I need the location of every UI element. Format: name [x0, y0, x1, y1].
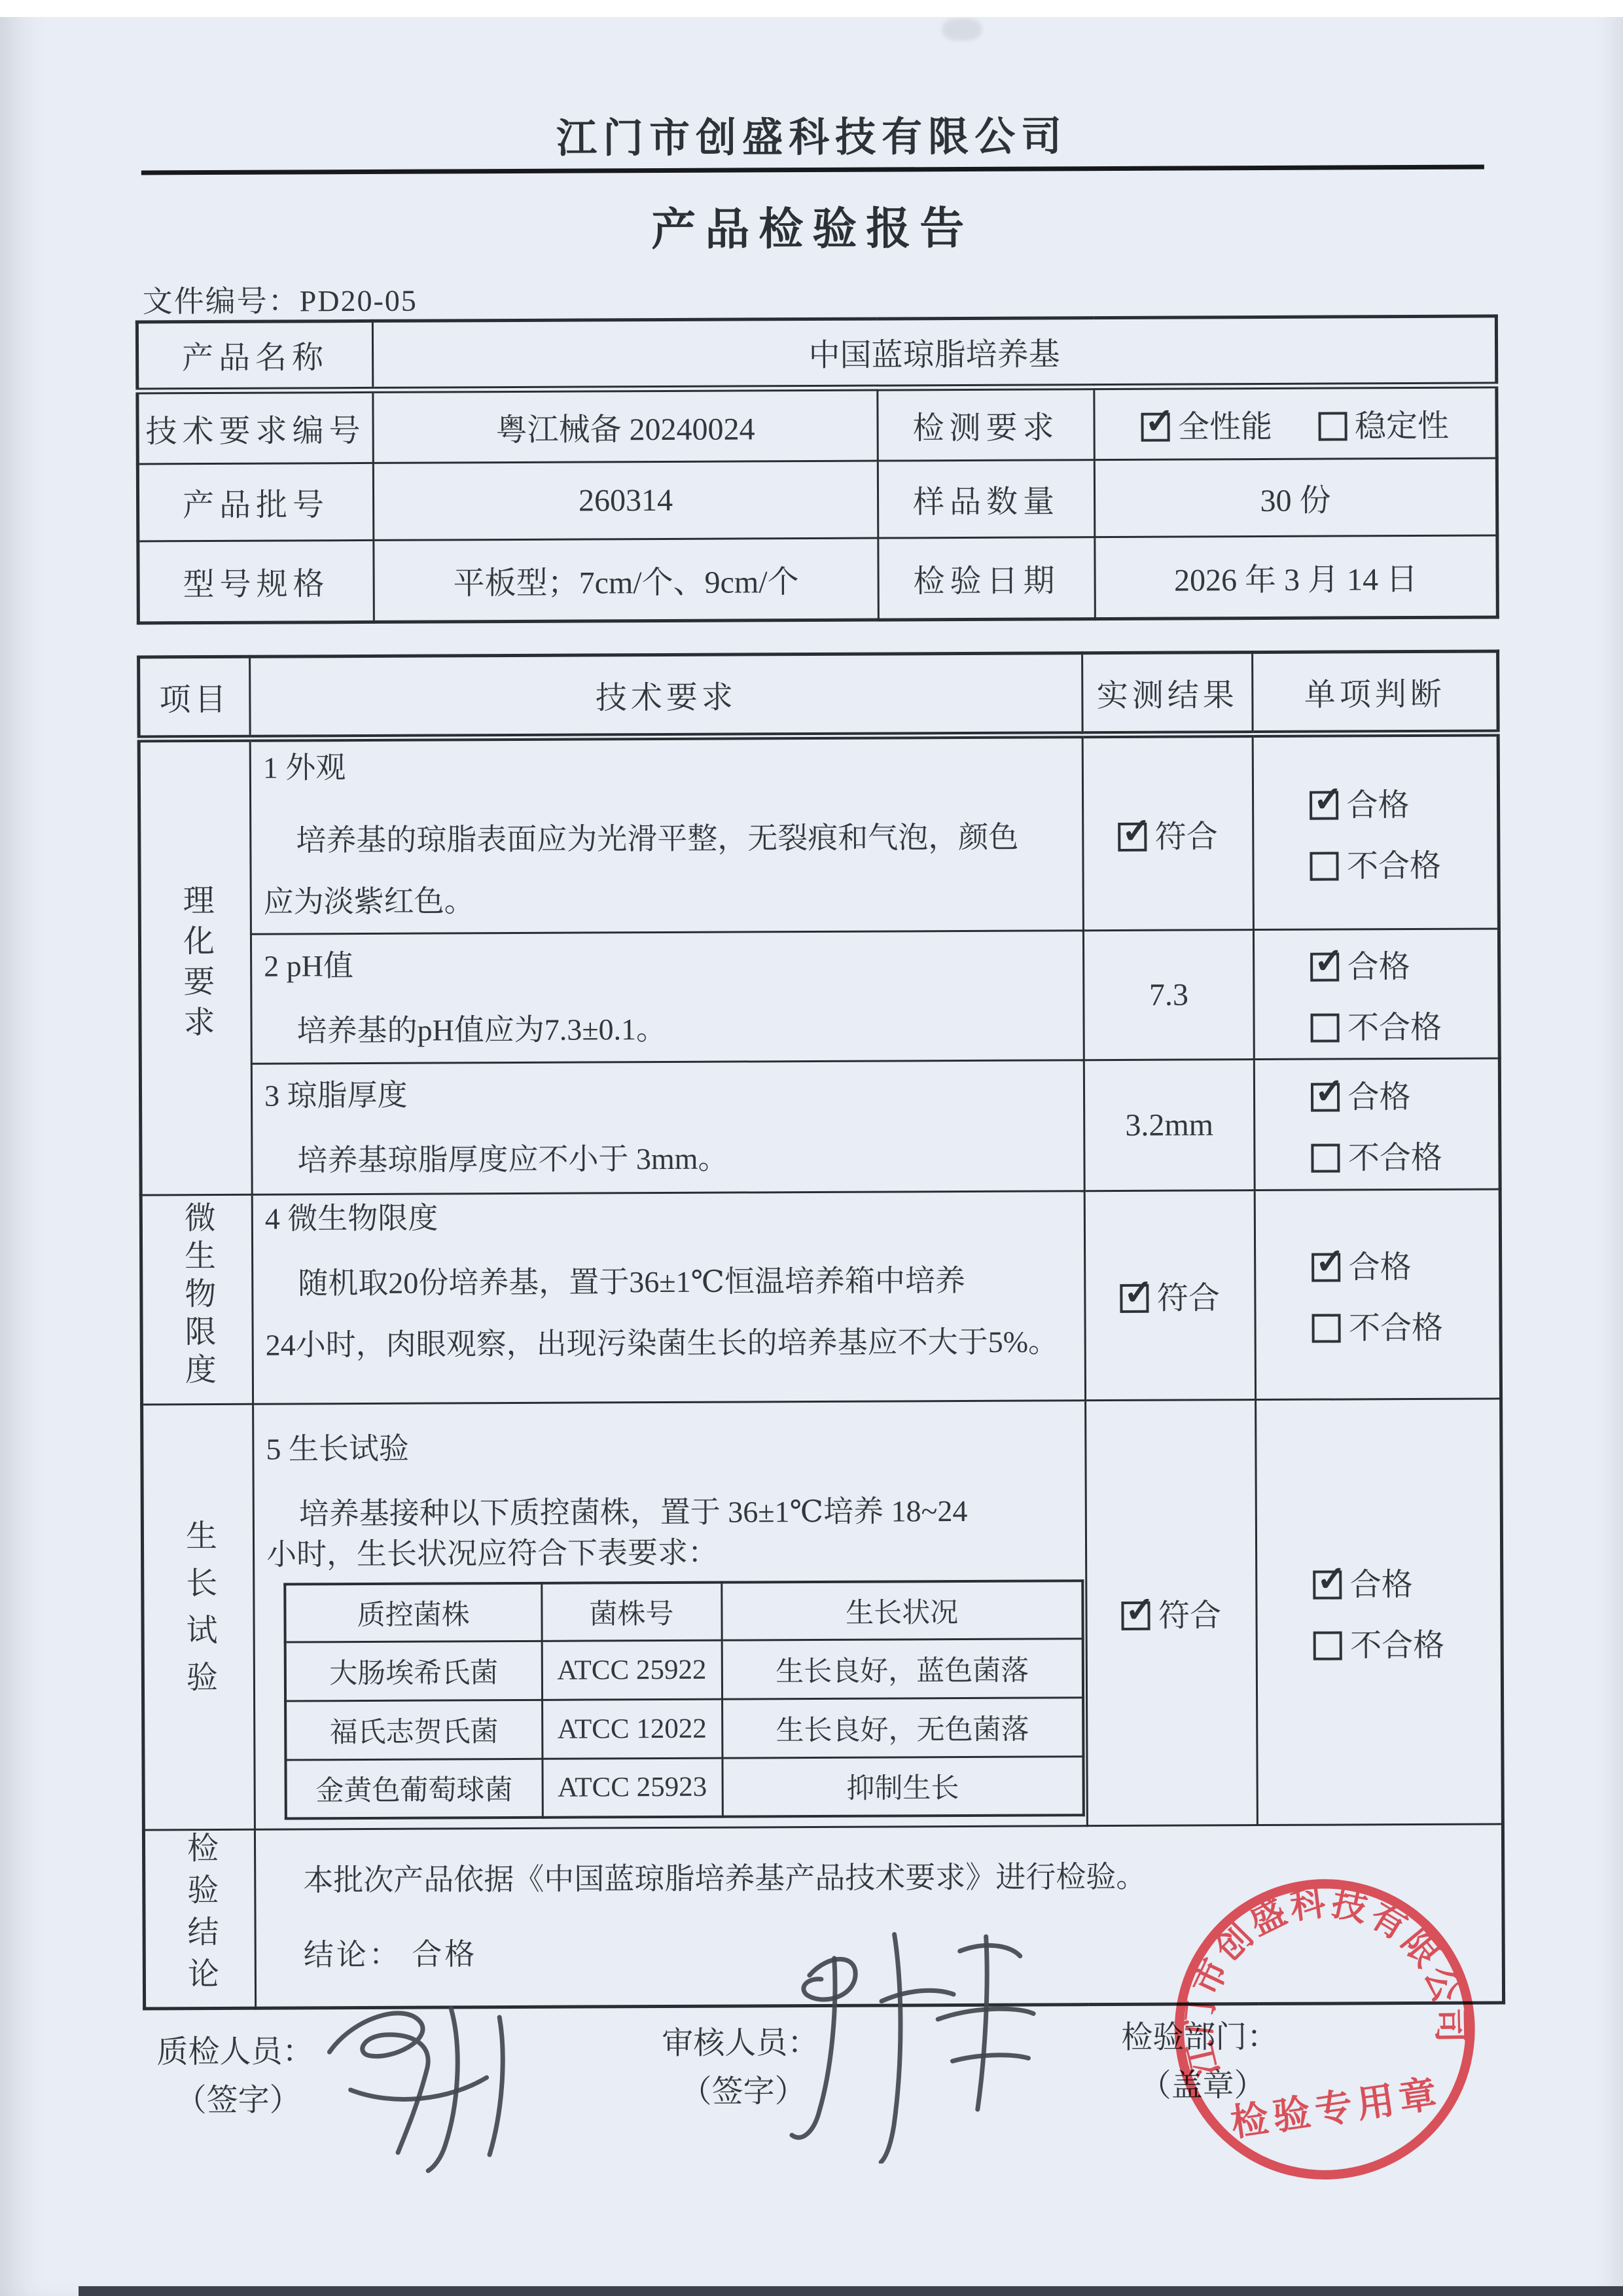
checkbox-checked: ✓ [1141, 412, 1170, 441]
date-label: 检验日期 [878, 537, 1096, 620]
sample-qty-value: 30 份 [1094, 458, 1497, 537]
growth-strain-table: 质控菌株 菌株号 生长状况 大肠埃希氏菌 ATCC 25922 生长良好，蓝色菌… [283, 1579, 1085, 1820]
col-header-item: 项目 [139, 656, 251, 739]
growth-requirement: 5 生长试验 培养基接种以下质控菌株，置于 36±1℃培养 18~24 小时，生… [253, 1401, 1088, 1830]
table-row: 金黄色葡萄球菌 ATCC 25923 抑制生长 [285, 1756, 1083, 1818]
ph-judgment: ✓合格 不合格 [1253, 929, 1499, 1060]
col-header-requirement: 技术要求 [250, 653, 1083, 739]
batch-label: 产品批号 [137, 463, 374, 541]
product-info-table: 产品名称 中国蓝琼脂培养基 技术要求编号 粤江械备 20240024 检测要求 … [135, 314, 1499, 624]
checkbox-unchecked [1311, 1143, 1340, 1172]
option-stability: 稳定性 [1318, 401, 1449, 446]
micro-requirement: 4 微生物限度 随机取20份培养基，置于36±1℃恒温培养箱中培养 24小时，肉… [252, 1191, 1085, 1405]
checkbox-checked: ✓ [1313, 1570, 1342, 1599]
strain-name: 福氏志贺氏菌 [285, 1700, 542, 1760]
qc-signoff: 质检人员： （签字） [156, 2036, 314, 2117]
checkbox-checked: ✓ [1312, 1253, 1341, 1282]
test-req-label: 检测要求 [878, 387, 1094, 461]
strain-no: ATCC 12022 [542, 1699, 722, 1759]
table-row: 型号规格 平板型；7cm/个、9cm/个 检验日期 2026 年 3 月 14 … [138, 535, 1498, 623]
strain-no: ATCC 25922 [542, 1640, 722, 1700]
ph-result: 7.3 [1083, 930, 1254, 1060]
inspection-stamp: 江门市创盛科技有限公司 检验专用章 [1162, 1867, 1488, 2193]
judgment-pass: ✓合格 [1311, 1071, 1410, 1117]
check-mark-icon: ✓ [1313, 781, 1342, 817]
checkbox-checked: ✓ [1311, 952, 1340, 981]
checkbox-checked: ✓ [1122, 1602, 1150, 1630]
product-name-value: 中国蓝琼脂培养基 [372, 316, 1496, 389]
option-full-performance: ✓全性能 [1141, 401, 1272, 447]
stamp-inner-text: 检验专用章 [1228, 2073, 1444, 2145]
header-row: 质控菌株 菌株号 生长状况 [285, 1581, 1082, 1641]
check-mark-icon: ✓ [1317, 1561, 1346, 1596]
qc-label: 质检人员： [156, 2036, 313, 2068]
agar-judgment: ✓合格 不合格 [1254, 1058, 1500, 1191]
table-row: 技术要求编号 粤江械备 20240024 检测要求 ✓全性能 稳定性 [137, 385, 1497, 464]
strain-name: 大肠埃希氏菌 [285, 1641, 542, 1701]
reviewer-signature [766, 1914, 1043, 2164]
row-micro-limit: 微生物限度 4 微生物限度 随机取20份培养基，置于36±1℃恒温培养箱中培养 … [141, 1189, 1501, 1405]
judgment-fail: 不合格 [1313, 1619, 1444, 1665]
checkbox-unchecked [1318, 412, 1347, 440]
checkbox-unchecked [1313, 1631, 1342, 1660]
appearance-judgment: ✓合格 不合格 [1253, 733, 1499, 930]
growth-result: ✓符合 [1086, 1400, 1258, 1826]
report-page: 江门市创盛科技有限公司 产品检验报告 文件编号：PD20-05 产品名称 中国蓝… [0, 0, 1623, 2296]
checkbox-unchecked [1310, 852, 1339, 880]
check-mark-icon: ✓ [1315, 1244, 1345, 1279]
judgment-fail: 不合格 [1311, 1001, 1442, 1047]
strain-name: 金黄色葡萄球菌 [285, 1759, 542, 1819]
check-mark-icon: ✓ [1145, 403, 1174, 439]
check-mark-icon: ✓ [1314, 943, 1344, 978]
col-header-result: 实测结果 [1082, 653, 1253, 735]
agar-requirement: 3 琼脂厚度 培养基琼脂厚度应不小于 3mm。 [251, 1060, 1084, 1195]
check-mark-icon: ✓ [1124, 1275, 1153, 1310]
judgment-pass: ✓合格 [1313, 1559, 1413, 1605]
table-row: 产品批号 260314 样品数量 30 份 [137, 458, 1497, 541]
check-mark-icon: ✓ [1314, 1073, 1344, 1109]
date-value: 2026 年 3 月 14 日 [1095, 535, 1498, 619]
judgment-pass: ✓合格 [1312, 1242, 1412, 1287]
judgment-fail: 不合格 [1312, 1302, 1443, 1348]
scan-edge-top [0, 0, 1623, 17]
stamp-company-arc-text: 江门市创盛科技有限公司 [1162, 1867, 1474, 2087]
judgment-pass: ✓合格 [1311, 941, 1410, 987]
group-growth: 生长试验 [142, 1404, 255, 1830]
checkbox-checked: ✓ [1120, 1284, 1149, 1313]
appearance-requirement: 1 外观 培养基的琼脂表面应为光滑平整，无裂痕和气泡，颜色 应为淡紫红色。 [250, 735, 1083, 935]
qc-sub-label: （签字） [157, 2085, 314, 2117]
col-header-judgment: 单项判断 [1253, 651, 1499, 734]
tech-req-no-value: 粤江械备 20240024 [373, 387, 878, 463]
header-row: 项目 技术要求 实测结果 单项判断 [139, 651, 1499, 739]
doc-number: 文件编号：PD20-05 [143, 277, 418, 321]
table-row: 产品名称 中国蓝琼脂培养基 [137, 316, 1496, 391]
strain-col-header: 质控菌株 [285, 1583, 541, 1642]
micro-judgment: ✓合格 不合格 [1255, 1189, 1501, 1400]
row-growth-test: 生长试验 5 生长试验 培养基接种以下质控菌株，置于 36±1℃培养 18~24… [142, 1399, 1503, 1830]
company-name: 江门市创盛科技有限公司 [0, 101, 1623, 167]
row-ph: 2 pH值 培养基的pH值应为7.3±0.1。 7.3 ✓合格 不合格 [139, 929, 1499, 1064]
ph-requirement: 2 pH值 培养基的pH值应为7.3±0.1。 [251, 931, 1084, 1064]
agar-result: 3.2mm [1084, 1060, 1255, 1191]
header-rule [141, 165, 1484, 175]
test-req-options: ✓全性能 稳定性 [1094, 385, 1497, 460]
growth-status: 生长良好，无色菌落 [722, 1697, 1083, 1757]
batch-value: 260314 [373, 461, 878, 540]
scan-edge-bottom [79, 2286, 1623, 2296]
judgment-fail: 不合格 [1311, 1132, 1442, 1177]
qc-signature [315, 1991, 538, 2175]
model-value: 平板型；7cm/个、9cm/个 [374, 538, 879, 622]
judgment-pass: ✓合格 [1310, 780, 1409, 825]
checkbox-checked: ✓ [1310, 791, 1339, 819]
table-row: 大肠埃希氏菌 ATCC 25922 生长良好，蓝色菌落 [285, 1638, 1083, 1700]
report-title: 产品检验报告 [1, 190, 1623, 261]
group-physchem: 理化要求 [139, 738, 252, 1195]
group-conclusion: 检验结论 [143, 1829, 255, 2009]
check-mark-icon: ✓ [1125, 1592, 1154, 1628]
model-label: 型号规格 [138, 540, 374, 623]
svg-text:江门市创盛科技有限公司: 江门市创盛科技有限公司 [1162, 1867, 1474, 2087]
check-mark-icon: ✓ [1122, 813, 1151, 848]
inspection-table: 项目 技术要求 实测结果 单项判断 理化要求 1 外观 培养基的琼脂表面应为光滑… [137, 649, 1505, 2010]
growth-judgment: ✓合格 不合格 [1256, 1399, 1503, 1825]
tech-req-no-label: 技术要求编号 [137, 389, 373, 464]
micro-result: ✓符合 [1084, 1191, 1255, 1401]
doc-number-label: 文件编号： [143, 284, 300, 318]
row-appearance: 理化要求 1 外观 培养基的琼脂表面应为光滑平整，无裂痕和气泡，颜色 应为淡紫红… [139, 733, 1499, 935]
checkbox-unchecked [1311, 1013, 1340, 1042]
group-micro: 微生物限度 [141, 1194, 253, 1405]
checkbox-checked: ✓ [1311, 1083, 1340, 1111]
growth-status: 生长良好，蓝色菌落 [722, 1638, 1083, 1698]
growth-status-col-header: 生长状况 [721, 1581, 1082, 1640]
checkbox-unchecked [1312, 1314, 1341, 1342]
strain-no: ATCC 25923 [542, 1758, 722, 1818]
doc-number-value: PD20-05 [300, 284, 418, 318]
judgment-fail: 不合格 [1310, 840, 1441, 886]
product-name-label: 产品名称 [137, 321, 372, 391]
table-row: 福氏志贺氏菌 ATCC 12022 生长良好，无色菌落 [285, 1697, 1083, 1759]
sample-qty-label: 样品数量 [878, 460, 1095, 538]
appearance-result: ✓符合 [1082, 734, 1253, 931]
strain-no-col-header: 菌株号 [541, 1583, 721, 1641]
growth-status: 抑制生长 [722, 1756, 1083, 1816]
report-content: 江门市创盛科技有限公司 产品检验报告 文件编号：PD20-05 产品名称 中国蓝… [0, 0, 1623, 2296]
row-agar-thickness: 3 琼脂厚度 培养基琼脂厚度应不小于 3mm。 3.2mm ✓合格 不合格 [140, 1058, 1500, 1195]
checkbox-checked: ✓ [1118, 822, 1147, 851]
